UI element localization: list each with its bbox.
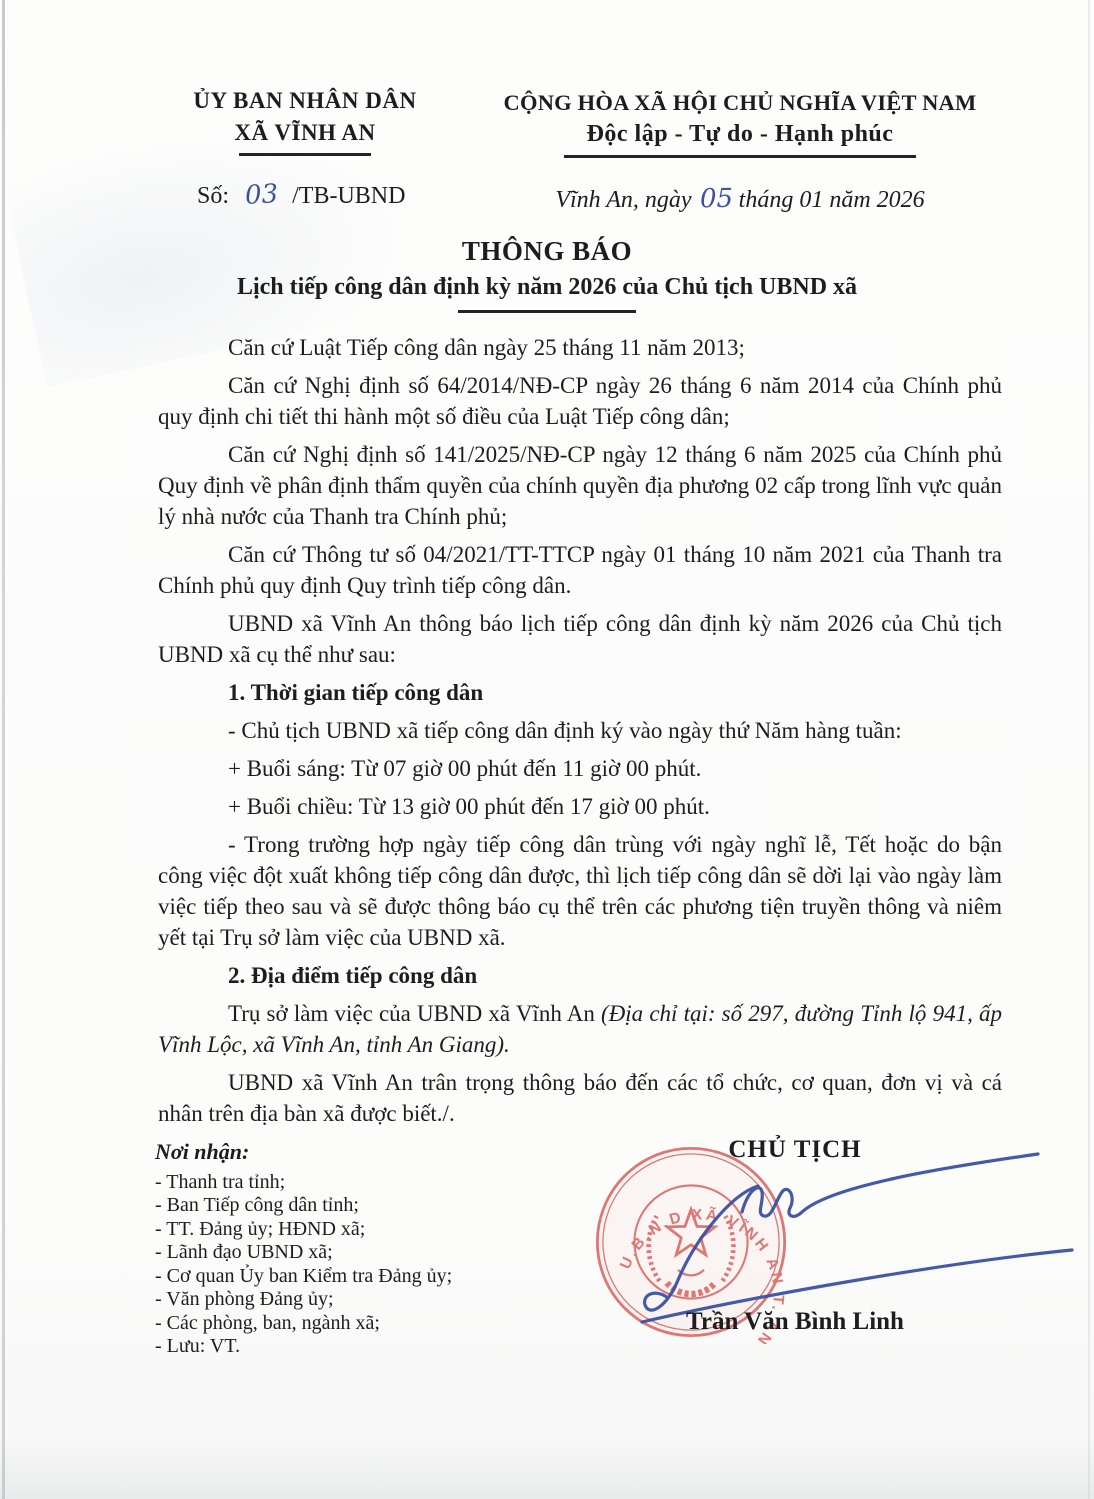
section-heading-1: 1. Thời gian tiếp công dân (158, 677, 1002, 708)
document-number-label: Số: (197, 183, 229, 209)
document-number-value-handwritten: 03 (244, 179, 279, 211)
national-motto-line1: CỘNG HÒA XÃ HỘI CHỦ NGHĨA VIỆT NAM (455, 90, 1025, 116)
paragraph-citation-3: Căn cứ Nghị định số 141/2025/NĐ-CP ngày … (158, 439, 1002, 532)
org-name-line1: ỦY BAN NHÂN DÂN (140, 88, 470, 114)
recipient-item: - Lưu: VT. (155, 1335, 575, 1359)
section-heading-2: 2. Địa điểm tiếp công dân (158, 960, 1002, 991)
document-title-block: THÔNG BÁO Lịch tiếp công dân định kỳ năm… (0, 236, 1094, 313)
document-number-suffix: /TB-UBND (292, 183, 405, 209)
document-page: ỦY BAN NHÂN DÂN XÃ VĨNH AN Số:03/TB-UBND… (0, 0, 1094, 1499)
paragraph-citation-4: Căn cứ Thông tư số 04/2021/TT-TTCP ngày … (158, 539, 1002, 601)
paragraph-address: Trụ sở làm việc của UBND xã Vĩnh An (Địa… (158, 998, 1002, 1060)
org-name-line2: XÃ VĨNH AN (140, 120, 470, 146)
recipients-block: Nơi nhận: - Thanh tra tỉnh; - Ban Tiếp c… (155, 1140, 575, 1359)
document-title: THÔNG BÁO (0, 236, 1094, 267)
recipient-item: - Ban Tiếp công dân tỉnh; (155, 1194, 575, 1218)
scan-bottom-shade (0, 1439, 1094, 1499)
national-header-block: CỘNG HÒA XÃ HỘI CHỦ NGHĨA VIỆT NAM Độc l… (455, 90, 1025, 158)
document-body: Căn cứ Luật Tiếp công dân ngày 25 tháng … (158, 332, 1002, 1136)
document-subtitle: Lịch tiếp công dân định kỳ năm 2026 của … (0, 274, 1094, 301)
date-day-handwritten: 05 (699, 184, 733, 215)
national-motto-line2: Độc lập - Tự do - Hạnh phúc (455, 121, 1025, 148)
recipient-item: - TT. Đảng ủy; HĐND xã; (155, 1218, 575, 1242)
paragraph-citation-1: Căn cứ Luật Tiếp công dân ngày 25 tháng … (158, 332, 1002, 363)
document-number: Số:03/TB-UBND (197, 180, 405, 210)
org-underline (239, 153, 371, 156)
paragraph-schedule-morning: + Buổi sáng: Từ 07 giờ 00 phút đến 11 gi… (158, 753, 1002, 784)
place-date-line: Vĩnh An, ngày05tháng 01 năm 2026 (455, 184, 1025, 214)
address-normal-text: Trụ sở làm việc của UBND xã Vĩnh An (228, 1001, 601, 1026)
recipient-item: - Cơ quan Ủy ban Kiểm tra Đảng ủy; (155, 1265, 575, 1289)
paragraph-holiday-note: - Trong trường hợp ngày tiếp công dân tr… (158, 829, 1002, 953)
title-underline (458, 310, 636, 313)
recipient-item: - Văn phòng Đảng ủy; (155, 1288, 575, 1312)
date-prefix: Vĩnh An, ngày (555, 187, 691, 213)
recipient-item: - Các phòng, ban, ngành xã; (155, 1312, 575, 1336)
paragraph-schedule-day: - Chủ tịch UBND xã tiếp công dân định ký… (158, 715, 1002, 746)
scan-edge-left (2, 0, 5, 1499)
recipients-title: Nơi nhận: (155, 1140, 575, 1164)
date-suffix: tháng 01 năm 2026 (739, 187, 925, 213)
issuing-org-block: ỦY BAN NHÂN DÂN XÃ VĨNH AN (140, 88, 470, 156)
paragraph-citation-2: Căn cứ Nghị định số 64/2014/NĐ-CP ngày 2… (158, 370, 1002, 432)
signer-name: Trần Văn Bình Linh (640, 1308, 950, 1336)
recipient-item: - Thanh tra tỉnh; (155, 1171, 575, 1195)
recipient-item: - Lãnh đạo UBND xã; (155, 1241, 575, 1265)
motto-underline (564, 155, 916, 158)
paragraph-announcement-intro: UBND xã Vĩnh An thông báo lịch tiếp công… (158, 608, 1002, 670)
paragraph-schedule-afternoon: + Buổi chiều: Từ 13 giờ 00 phút đến 17 g… (158, 791, 1002, 822)
